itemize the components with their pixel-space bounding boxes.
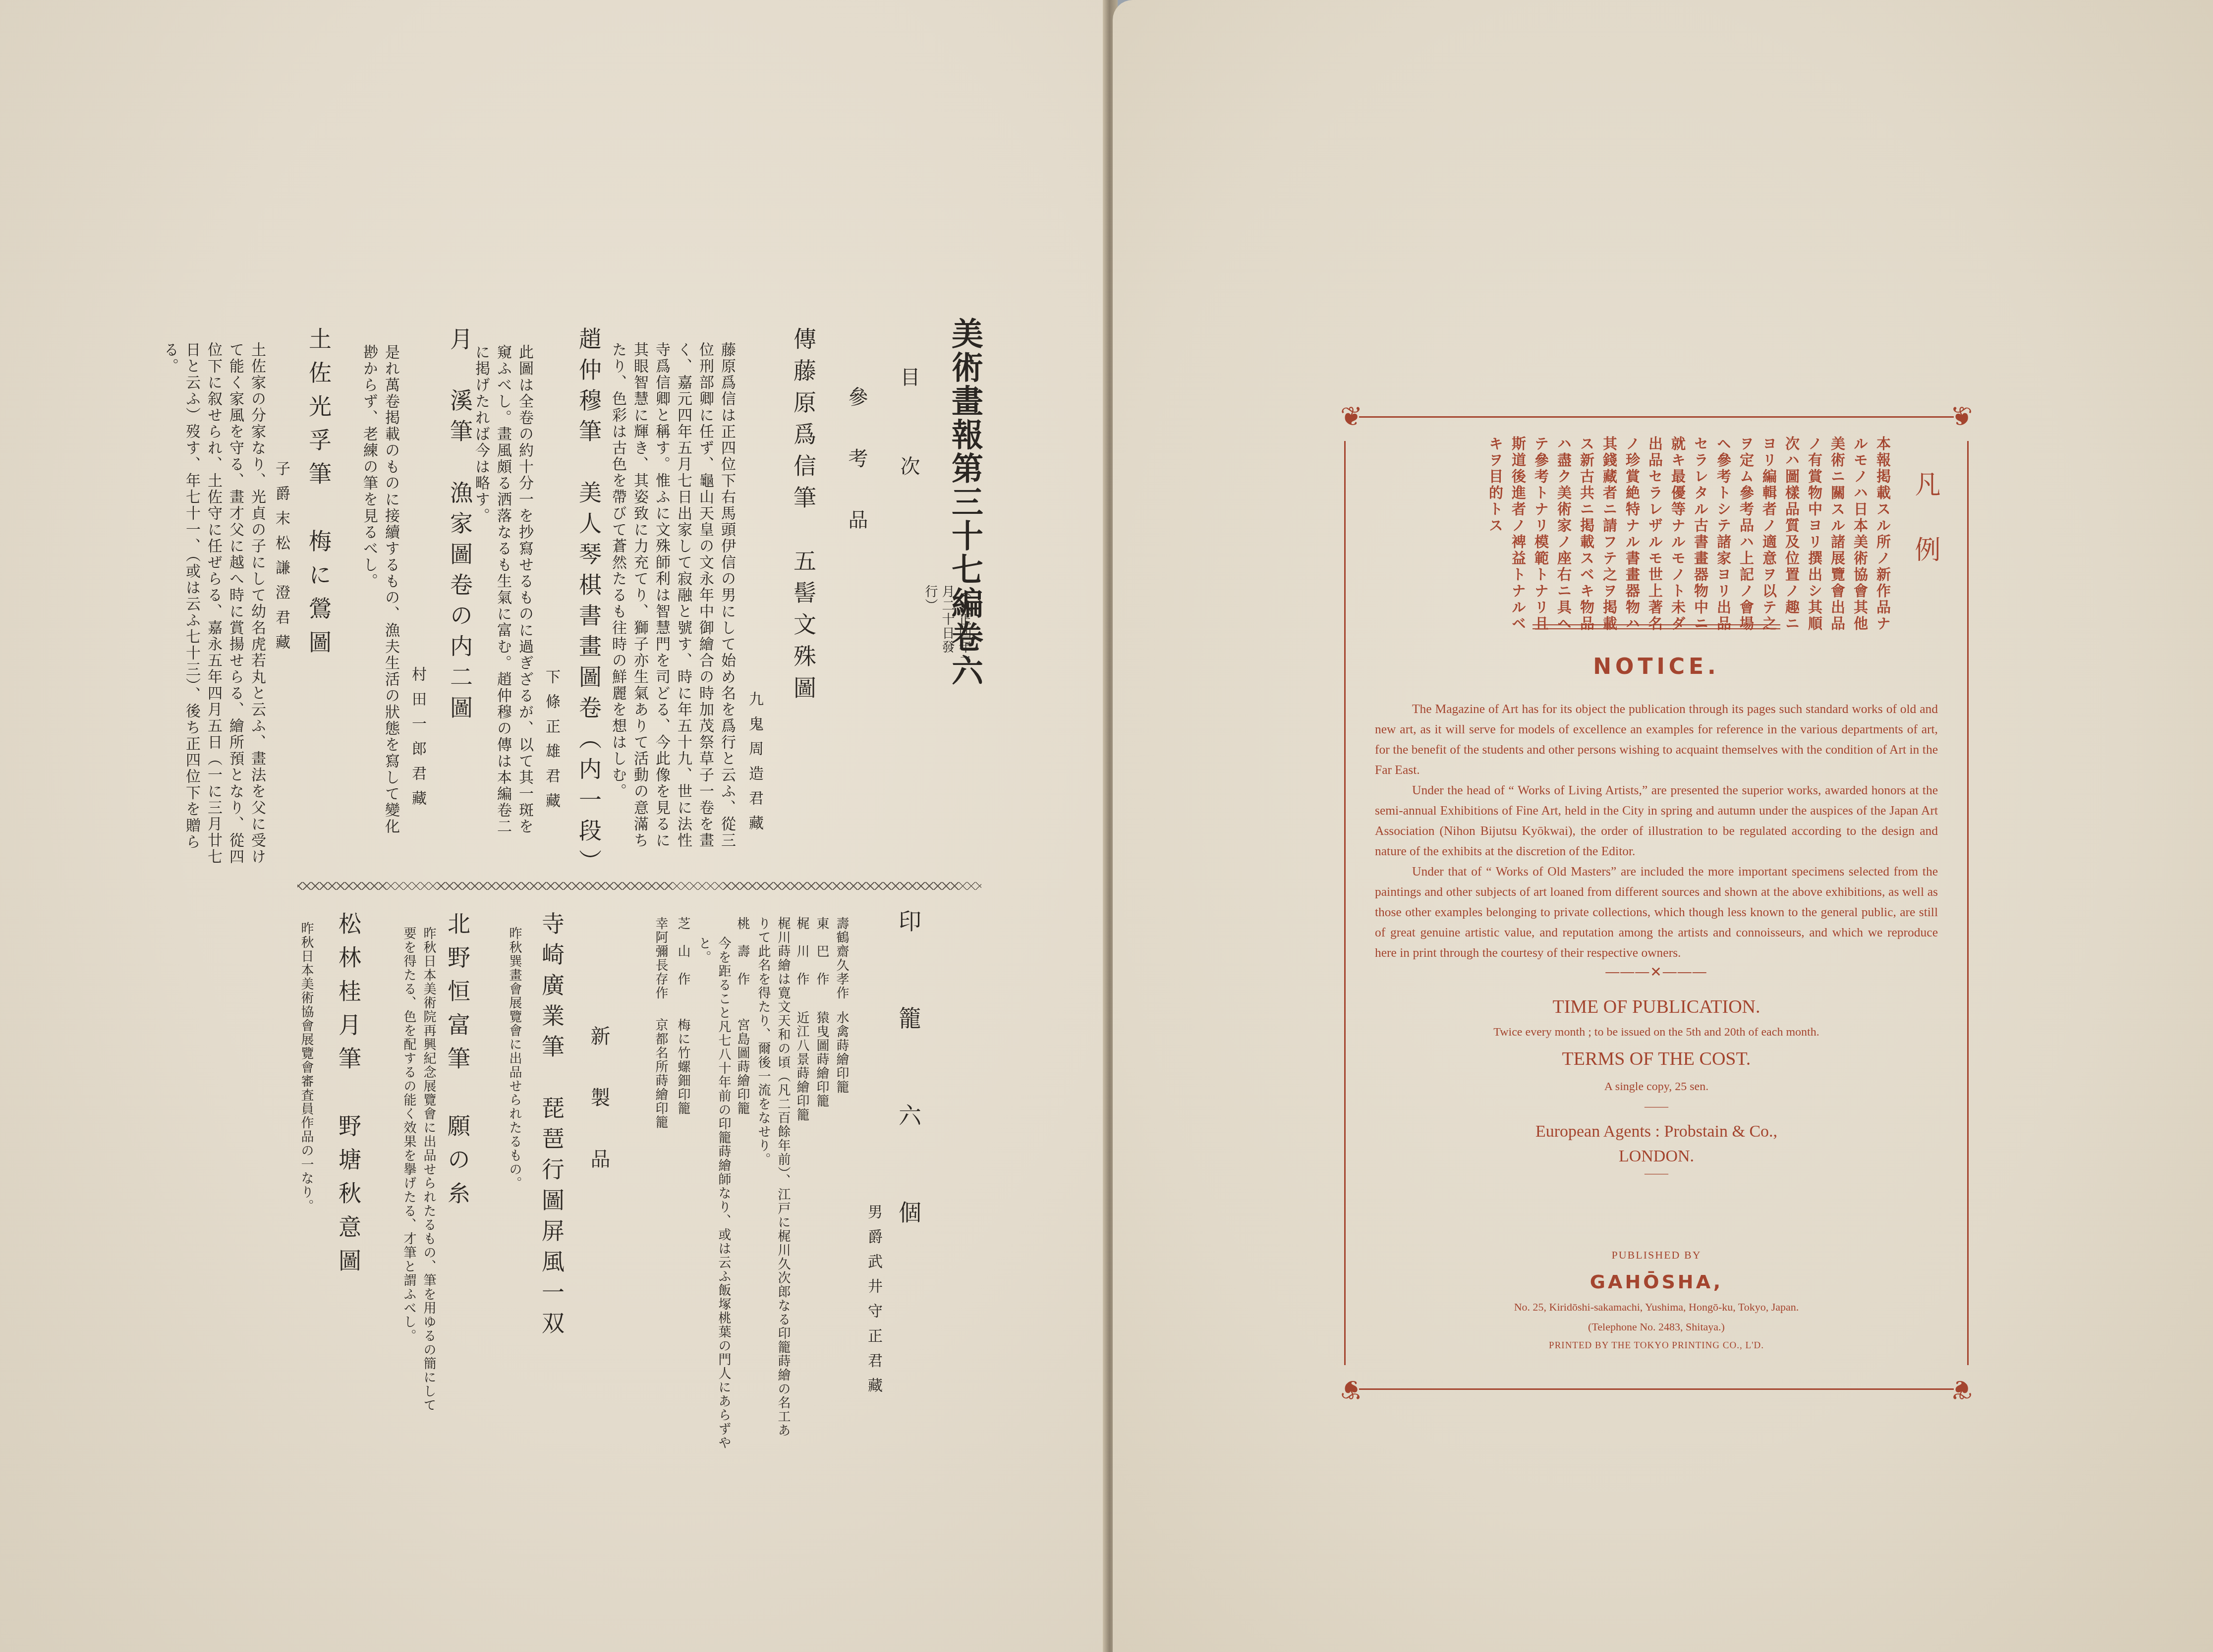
entry-description: 昨秋日本美術協會展覽會審査員作品の一なり。 (297, 922, 316, 1213)
entry-title: 傳藤原爲信筆 五髻文殊圖 (787, 327, 820, 708)
entry-description: 是れ萬卷掲載のものに接續するもの、漁夫生活の狀態を寫して變化尠からず、老練の筆を… (357, 344, 401, 850)
time-text: Twice every month ; to be issued on the … (1344, 1026, 1969, 1039)
inro-piece: 猿曳圖蒔繪印籠 (813, 1011, 831, 1108)
entry-title: 土佐光孚筆 梅に鶯圖 (302, 327, 335, 664)
entry-title: 北野恒富筆 願の糸 (441, 912, 474, 1215)
inro-piece: 京都名所蒔繪印籠 (652, 1018, 670, 1129)
entry-description: 藤原爲信は正四位下右馬頭伊信の男にして始め名を爲行と云ふ、從三位刑部卿に任ず、龜… (628, 342, 738, 862)
notice-body: The Magazine of Art has for its object t… (1375, 699, 1938, 963)
entry-title: 月 溪筆 漁家圖卷の内二圖 (444, 327, 476, 726)
entry-description: 土佐家の分家なり、光貞の子にして幼名虎若丸と云ふ、畫法を父に受けて能く家風を守る… (223, 342, 268, 872)
section-new-heading: 新 製 品 (585, 1026, 613, 1179)
publisher-address: No. 25, Kiridōshi-sakamachi, Yushima, Ho… (1344, 1301, 1969, 1314)
flourish-divider-icon: ―――✕――― (1344, 964, 1969, 980)
cost-text: A single copy, 25 sen. (1344, 1080, 1969, 1094)
publisher-name: GAHŌSHA, (1344, 1271, 1969, 1293)
inro-maker: 東 巴 作 (813, 917, 831, 986)
notice-title: NOTICE. (1344, 654, 1969, 679)
notice-paragraph: The Magazine of Art has for its object t… (1375, 699, 1938, 780)
corner-ornament-icon: ❦ (1340, 1376, 1362, 1403)
frame-rule (1967, 441, 1969, 1365)
frame-rule (1359, 416, 1954, 418)
notice-frame: ❦ ❦ ❦ ❦ 凡例 本報掲載スル所ノ新作品ナルモノハ日本美術協會其他美術ニ關ス… (1344, 406, 1969, 1400)
issue-date: （大正四年二月二十日發行） (922, 585, 972, 674)
entry-title: 松林桂月筆 野塘秋意圖 (332, 912, 365, 1282)
double-rule (1532, 624, 1780, 629)
frame-rule (1344, 441, 1346, 1365)
inro-heading: 印 籠 六 個 (892, 909, 925, 1249)
left-page: 美術畫報第三十七編卷六 （大正四年二月二十日發行） 目 次 參 考 品 傳藤原爲… (0, 0, 1108, 1652)
section-reference-heading: 參 考 品 (843, 386, 871, 540)
inro-note-kajikawa: 梶川蒔繪は寛文天和の頃（凡二百餘年前）、江戸に梶川久次郎なる印籠蒔繪の名工ありて… (753, 917, 793, 1447)
inro-maker: 壽鶴齋久孝作 (833, 917, 851, 1000)
cost-heading: TERMS OF THE COST. (1344, 1048, 1969, 1070)
inro-maker: 桃 壽 作 (734, 917, 752, 986)
entry-description: 此圖は全卷の約十分一を抄寫せるものに過ぎざるが、以て其一斑を窺ふべし。畫風頗る洒… (491, 344, 535, 850)
entry-description: 昨秋日本美術院再興紀念展覽會に出品せられたるもの、筆を用ゆるの簡にして要を得たる… (394, 927, 439, 1422)
jp-rules-text: 本報掲載スル所ノ新作品ナルモノハ日本美術協會其他美術ニ關スル諸展覽會出品ノ有賞物… (1399, 436, 1894, 644)
corner-ornament-icon: ❦ (1340, 403, 1362, 430)
corner-ornament-icon: ❦ (1950, 1376, 1973, 1403)
inro-owner: 男爵武井守正君藏 (862, 1204, 884, 1402)
agents-city: LONDON. (1344, 1147, 1969, 1166)
inro-piece: 梅に竹螺鈿印籠 (674, 1018, 692, 1115)
short-rule: ―― (1344, 1100, 1969, 1113)
publisher-telephone: (Telephone No. 2483, Shitaya.) (1344, 1321, 1969, 1333)
short-rule: ―― (1344, 1167, 1969, 1180)
published-by: PUBLISHED BY (1344, 1249, 1969, 1262)
jp-heading: 凡例 (1907, 471, 1944, 602)
entry-title: 寺崎廣業筆 琵琶行圖屏風一双 (535, 912, 568, 1342)
agents-text: European Agents : Probstain & Co., (1344, 1122, 1969, 1141)
wavy-divider (297, 882, 981, 890)
inro-maker: 芝 山 作 (674, 917, 692, 986)
inro-note-toju: 今を距ること凡七八十年前の印籠蒔繪師なり、或は云ふ飯塚桃葉の門人にあらずやと。 (694, 936, 734, 1467)
inro-piece: 水禽蒔繪印籠 (833, 1011, 851, 1094)
time-heading: TIME OF PUBLICATION. (1344, 996, 1969, 1018)
inro-piece: 近江八景蒔繪印籠 (793, 1011, 811, 1122)
corner-ornament-icon: ❦ (1950, 403, 1973, 430)
inro-maker: 梶 川 作 (793, 917, 811, 986)
entry-owner: 子爵末松謙澄君藏 (270, 461, 292, 659)
notice-paragraph: Under that of “ Works of Old Masters” ar… (1375, 861, 1938, 963)
printer-credit: PRINTED BY THE TOKYO PRINTING CO., L'D. (1344, 1340, 1969, 1351)
inro-piece: 宮島圖蒔繪印籠 (734, 1018, 752, 1115)
entry-title: 趙仲穆筆 美人琴棋書畫圖卷（内一段） (572, 327, 605, 880)
toc-label: 目 次 (895, 367, 923, 500)
notice-paragraph: Under the head of “ Works of Living Arti… (1375, 780, 1938, 861)
entry-owner: 下條正雄君藏 (540, 669, 562, 818)
entry-owner: 村田一郎君藏 (406, 666, 428, 815)
entry-description: 昨秋巽畫會展覽會に出品せられたるもの。 (506, 927, 524, 1190)
entry-owner: 九鬼周造君藏 (743, 691, 765, 840)
frame-rule (1359, 1388, 1954, 1390)
inro-maker: 幸阿彌長存作 (652, 917, 670, 1000)
